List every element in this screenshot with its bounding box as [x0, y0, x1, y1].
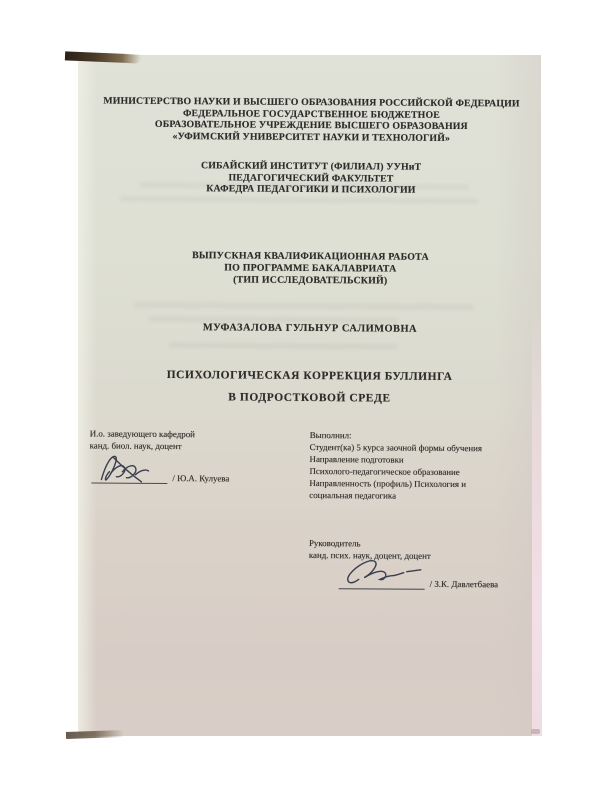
student-line: социальная педагогика — [309, 489, 537, 503]
bleed-through-line — [168, 342, 398, 350]
title-page-content: МИНИСТЕРСТВО НАУКИ И ВЫСШЕГО ОБРАЗОВАНИЯ… — [76, 53, 544, 737]
author-name: МУФАЗАЛОВА ГУЛЬНУР САЛИМОВНА — [78, 321, 541, 335]
scanned-title-page-photo: МИНИСТЕРСТВО НАУКИ И ВЫСШЕГО ОБРАЗОВАНИЯ… — [78, 55, 541, 736]
thesis-title-line: В ПОДРОСТКОВОЙ СРЕДЕ — [78, 386, 541, 412]
institute-header: СИБАЙСКИЙ ИНСТИТУТ (ФИЛИАЛ) УУНиТ ПЕДАГО… — [79, 159, 542, 197]
supervisor-signature-name: / З.К. Давлетбаева — [430, 579, 499, 590]
head-signature-row: / Ю.А. Кулуева — [91, 449, 229, 484]
ministry-header: МИНИСТЕРСТВО НАУКИ И ВЫСШЕГО ОБРАЗОВАНИЯ… — [80, 95, 543, 145]
supervisor-signature-row: / З.К. Давлетбаева — [339, 555, 499, 590]
bleed-through-line — [134, 302, 474, 310]
thesis-title-line: ПСИХОЛОГИЧЕСКАЯ КОРРЕКЦИЯ БУЛЛИНГА — [78, 363, 541, 389]
thesis-title: ПСИХОЛОГИЧЕСКАЯ КОРРЕКЦИЯ БУЛЛИНГА В ПОД… — [78, 363, 541, 411]
supervisor-signature-icon — [343, 552, 427, 593]
ministry-line: «УФИМСКИЙ УНИВЕРСИТЕТ НАУКИ И ТЕХНОЛОГИЙ… — [80, 130, 543, 145]
head-signature-name: / Ю.А. Кулуева — [172, 473, 229, 484]
head-signature-line — [91, 449, 167, 484]
head-signature-icon — [95, 449, 157, 487]
work-type-line: (ТИП ИССЛЕДОВАТЕЛЬСКИЙ) — [79, 273, 542, 288]
work-type-block: ВЫПУСКНАЯ КВАЛИФИКАЦИОННАЯ РАБОТА ПО ПРО… — [79, 249, 542, 288]
student-block: Выполнил: Студент(ка) 5 курса заочной фо… — [309, 429, 537, 503]
supervisor-signature-line — [339, 555, 425, 590]
bleed-through-line — [119, 196, 479, 205]
